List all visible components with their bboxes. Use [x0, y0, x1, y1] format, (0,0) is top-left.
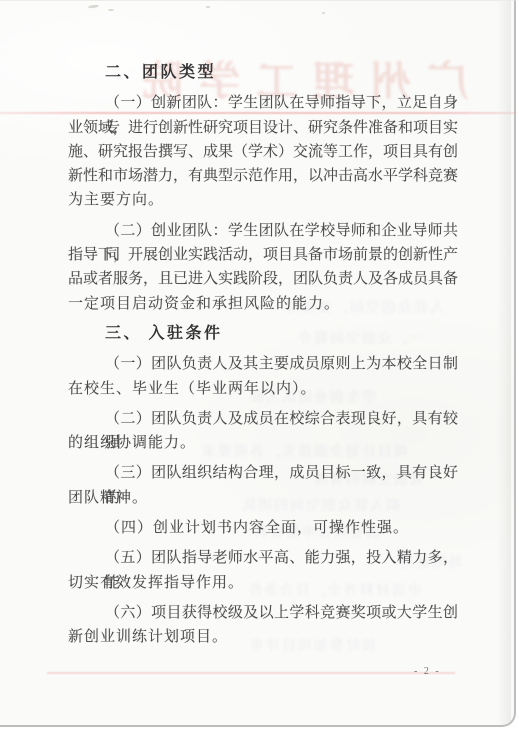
- scan-smudge: [322, 12, 325, 14]
- text-line: 品或者服务，且已进入实践阶段，团队负责人及各成员具备: [68, 267, 458, 291]
- paragraph: （三）团队组织结构合理，成员目标一致，具有良好的团队精神。: [68, 461, 458, 510]
- paragraph: （四）创业计划书内容全面，可操作性强。: [68, 516, 458, 540]
- text-line: 为主要方向。: [68, 188, 458, 212]
- scan-smudge: [206, 6, 210, 8]
- paragraph: （二）创业团队：学生团队在学校导师和企业导师共同指导下，开展创业实践活动，项目具…: [68, 219, 458, 316]
- section-heading: 二、团队类型: [68, 61, 458, 85]
- scanned-page: 广州理工学院 入驻众创空间，要按时一、众创空间简介学生创业团队入驻项目计划全面落…: [0, 0, 516, 727]
- bleedthrough-footer-rule: [47, 672, 455, 674]
- paragraph: （一）团队负责人及其主要成员原则上为本校全日制在校生、毕业生（毕业两年以内）。: [68, 352, 458, 401]
- scan-smudge: [88, 4, 99, 9]
- text-line: （六）项目获得校级及以上学科竞赛奖项或大学生创: [68, 601, 458, 625]
- paragraph: （五）团队指导老师水平高、能力强，投入精力多，能切实有效发挥指导作用。: [68, 546, 458, 595]
- text-line: 的组织协调能力。: [68, 431, 458, 455]
- text-line: （二）团队负责人及成员在校综合表现良好，具有较强: [68, 407, 458, 431]
- text-line: 业领域，进行创新性研究项目设计、研究条件准备和项目实: [68, 116, 458, 140]
- text-line: （四）创业计划书内容全面，可操作性强。: [68, 516, 458, 540]
- text-line: 在校生、毕业生（毕业两年以内）。: [68, 377, 458, 401]
- paragraph: （六）项目获得校级及以上学科竞赛奖项或大学生创新创业训练计划项目。: [68, 601, 458, 650]
- text-line: 新性和市场潜力，有典型示范作用，以冲击高水平学科竞赛: [68, 164, 458, 188]
- text-line: 指导下，开展创业实践活动，项目具备市场前景的创新性产: [68, 243, 458, 267]
- document-body: 二、团队类型（一）创新团队：学生团队在导师指导下，立足自身专业领域，进行创新性研…: [68, 61, 458, 656]
- text-line: （二）创业团队：学生团队在学校导师和企业导师共同: [68, 219, 458, 243]
- text-line: （一）创新团队：学生团队在导师指导下，立足自身专: [68, 91, 458, 115]
- text-line: （一）团队负责人及其主要成员原则上为本校全日制: [68, 352, 458, 376]
- text-line: 新创业训练计划项目。: [68, 625, 458, 649]
- text-line: 切实有效发挥指导作用。: [68, 571, 458, 595]
- text-line: 一定项目启动资金和承担风险的能力。: [68, 292, 458, 316]
- scan-smudge: [108, 9, 114, 11]
- paragraph: （一）创新团队：学生团队在导师指导下，立足自身专业领域，进行创新性研究项目设计、…: [68, 91, 458, 212]
- text-line: （五）团队指导老师水平高、能力强，投入精力多，能: [68, 546, 458, 570]
- text-line: 施、研究报告撰写、成果（学术）交流等工作，项目具有创: [68, 140, 458, 164]
- page-number: - 2 -: [414, 666, 474, 677]
- section-heading: 三、 入驻条件: [68, 322, 458, 346]
- text-line: （三）团队组织结构合理，成员目标一致，具有良好的: [68, 461, 458, 485]
- scan-edge-shadow: [497, 1, 511, 725]
- paragraph: （二）团队负责人及成员在校综合表现良好，具有较强的组织协调能力。: [68, 407, 458, 456]
- text-line: 团队精神。: [68, 486, 458, 510]
